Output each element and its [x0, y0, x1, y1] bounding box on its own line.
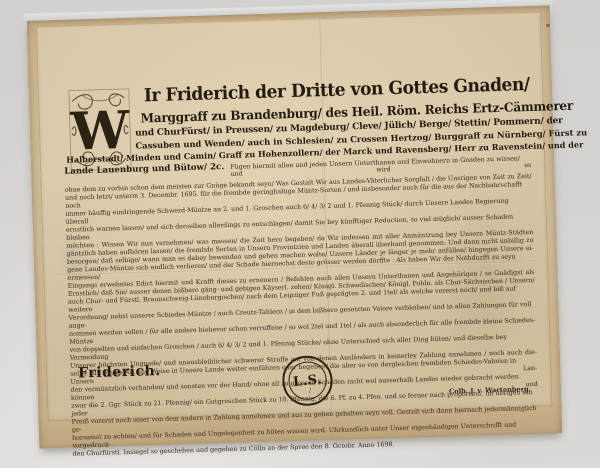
printed-sheet: W Ir Friderich der Dritte von Gottes Gna… [36, 12, 552, 422]
printed-text-block: W Ir Friderich der Dritte von Gottes Gna… [60, 12, 539, 421]
edict-body-text: ohne dem zu vorhin schon dem meisten zur… [65, 173, 540, 459]
signature-friderich: Friderich. [78, 363, 161, 381]
seal-inner-ring: L.S. [287, 360, 329, 402]
seal-text: L.S. [292, 372, 322, 390]
photo-of-document: W Ir Friderich der Dritte von Gottes Gna… [0, 0, 600, 468]
red-speck-mark [546, 24, 550, 27]
document-backing-sheet: W Ir Friderich der Dritte von Gottes Gna… [27, 5, 562, 448]
